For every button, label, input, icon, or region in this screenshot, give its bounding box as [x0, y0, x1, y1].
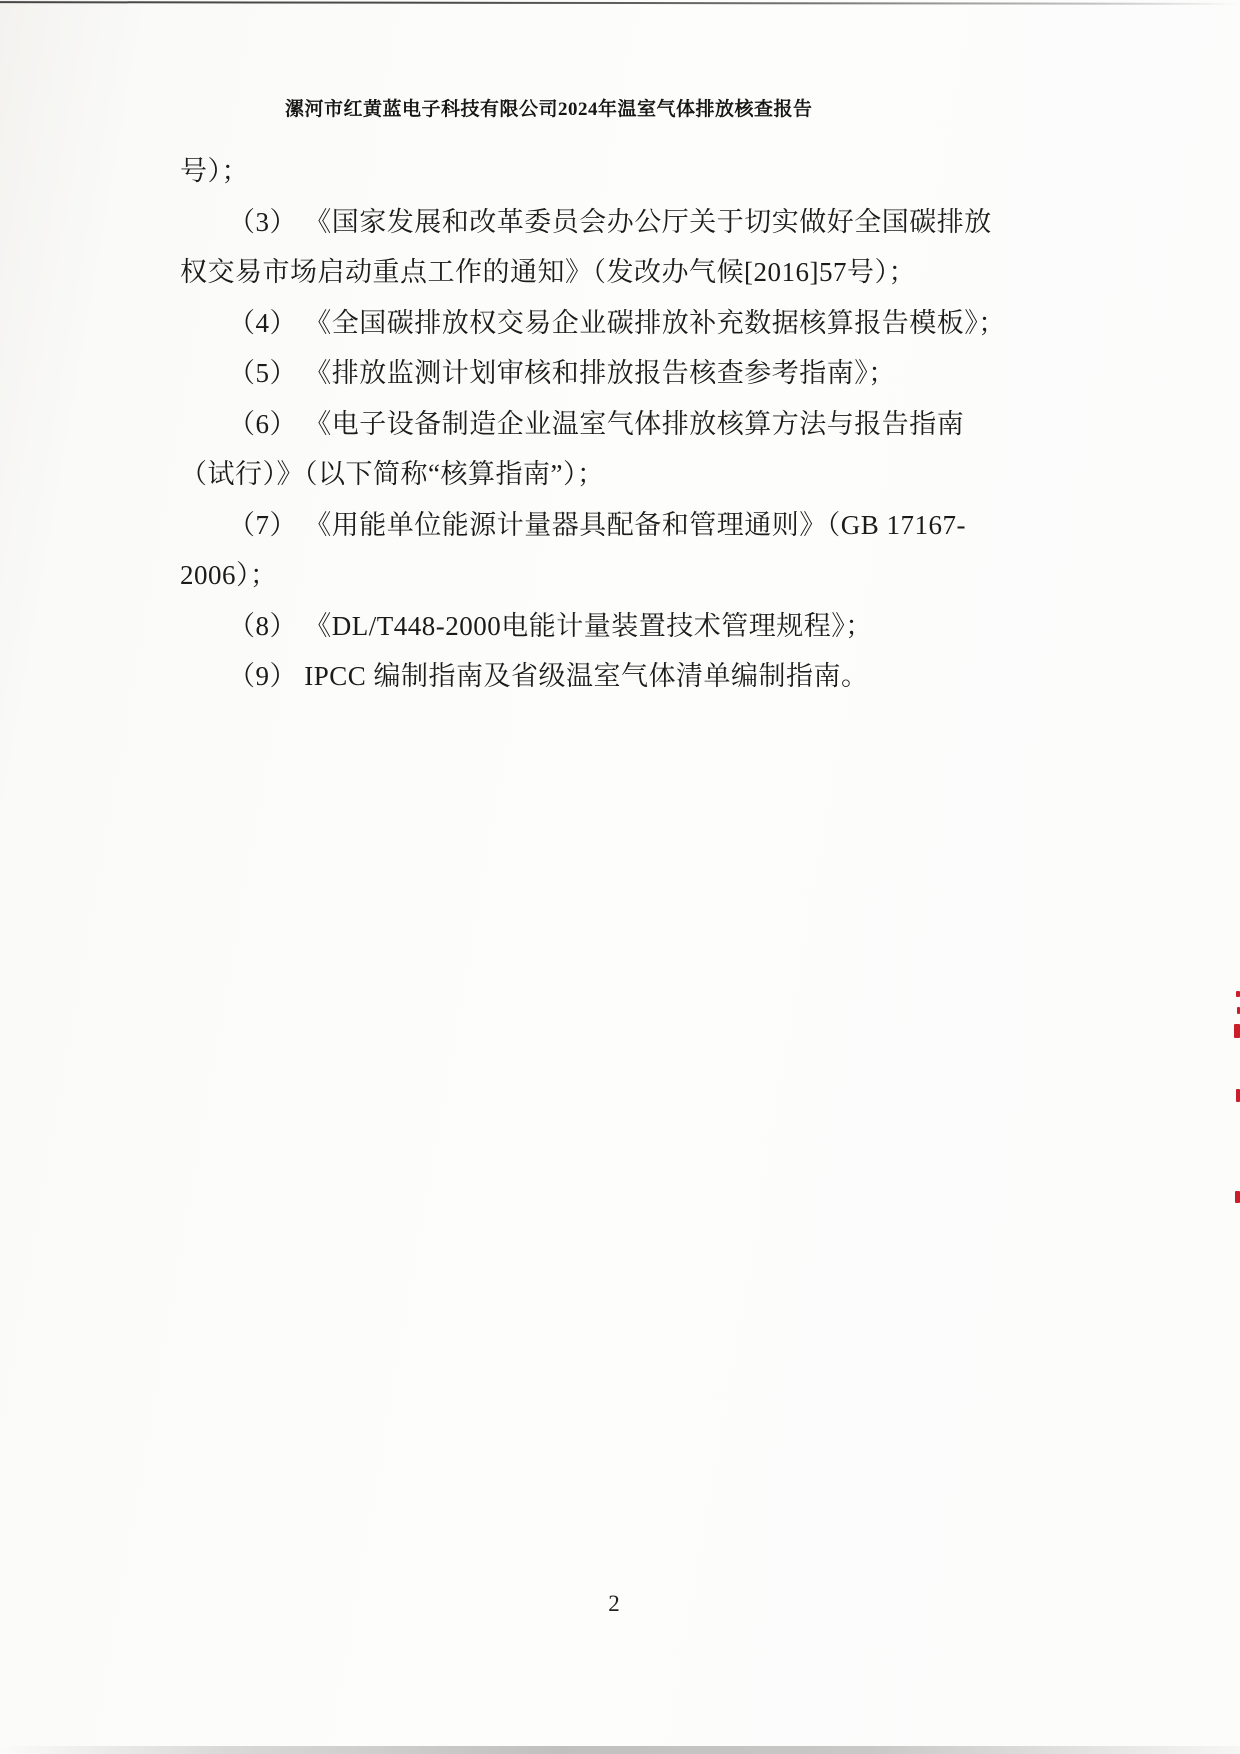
body-line: （5） 《排放监测计划审核和排放报告核查参考指南》；: [180, 348, 960, 399]
body-line: 2006）；: [180, 550, 960, 601]
body-line: 号）；: [180, 146, 960, 197]
red-edge-mark: [1236, 1089, 1240, 1102]
body-line: （9） IPCC 编制指南及省级温室气体清单编制指南。: [180, 651, 960, 702]
document-body: 号）； （3） 《国家发展和改革委员会办公厅关于切实做好全国碳排放 权交易市场启…: [180, 146, 960, 702]
page-number: 2: [0, 1591, 1228, 1617]
red-edge-mark: [1236, 991, 1240, 997]
body-line: （7） 《用能单位能源计量器具配备和管理通则》（GB 17167-: [180, 500, 960, 551]
document-header: 漯河市红黄蓝电子科技有限公司2024年温室气体排放核查报告: [285, 94, 813, 121]
body-line: （试行）》（以下简称“核算指南”）；: [180, 449, 960, 500]
red-edge-mark: [1235, 1191, 1240, 1203]
scan-edge-line-top: [0, 1, 1240, 5]
scanned-document-page: 漯河市红黄蓝电子科技有限公司2024年温室气体排放核查报告 号）； （3） 《国…: [0, 0, 1240, 1754]
red-edge-mark: [1234, 1024, 1240, 1038]
scan-edge-band-bottom: [0, 1746, 1240, 1754]
body-line: （3） 《国家发展和改革委员会办公厅关于切实做好全国碳排放: [180, 197, 960, 248]
body-line: （4） 《全国碳排放权交易企业碳排放补充数据核算报告模板》；: [180, 298, 960, 349]
body-line: 权交易市场启动重点工作的通知》（发改办气候[2016]57号）；: [180, 247, 960, 298]
body-line: （6） 《电子设备制造企业温室气体排放核算方法与报告指南: [180, 399, 960, 450]
body-line: （8） 《DL/T448-2000电能计量装置技术管理规程》；: [180, 601, 960, 652]
